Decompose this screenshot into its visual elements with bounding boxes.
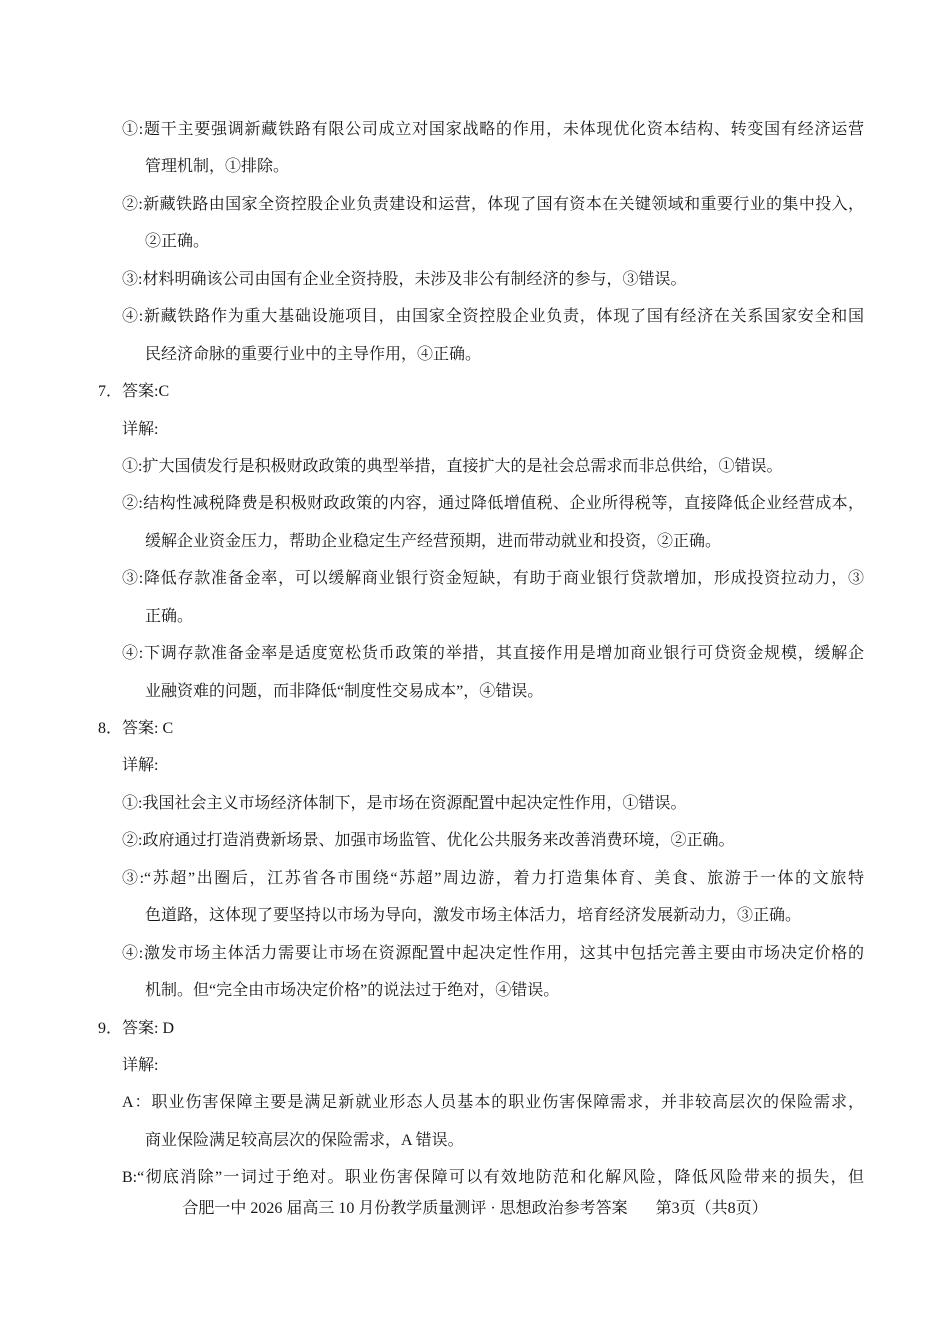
explanation-line: ④:新藏铁路作为重大基础设施项目，由国家全资控股企业负责，体现了国有经济在关系国… [0, 298, 950, 335]
detail-label-line: 详解: [0, 747, 950, 784]
explanation-line: ④:下调存款准备金率是适度宽松货币政策的举措，其直接作用是增加商业银行可贷资金规… [0, 635, 950, 672]
explanation-line: ③:“苏超”出圈后，江苏省各市围绕“苏超”周边游，着力打造集体育、美食、旅游于一… [0, 860, 950, 897]
explanation-line: 缓解企业资金压力，帮助企业稳定生产经营预期，进而带动就业和投资，②正确。 [0, 523, 950, 560]
explanation-line: ②:新藏铁路由国家全资控股企业负责建设和运营，体现了国有资本在关键领域和重要行业… [0, 186, 950, 223]
explanation-line: ③:降低存款准备金率，可以缓解商业银行资金短缺，有助于商业银行贷款增加，形成投资… [0, 560, 950, 597]
explanation-line: 民经济命脉的重要行业中的主导作用，④正确。 [0, 336, 950, 373]
explanation-line: ②:政府通过打造消费新场景、加强市场监管、优化公共服务来改善消费环境，②正确。 [0, 822, 950, 859]
explanation-line: ②正确。 [0, 223, 950, 260]
question-answer-line: 8．答案: C [0, 710, 950, 747]
explanation-line: ③:材料明确该公司由国有企业全资持股，未涉及非公有制经济的参与，③错误。 [0, 261, 950, 298]
detail-label-line: 详解: [0, 1047, 950, 1084]
explanation-line: A：职业伤害保障主要是满足新就业形态人员基本的职业伤害保障需求，并非较高层次的保… [0, 1084, 950, 1121]
detail-label-line: 详解: [0, 411, 950, 448]
explanation-line: 色道路，这体现了要坚持以市场为导向，激发市场主体活力，培育经济发展新动力，③正确… [0, 897, 950, 934]
explanation-line: 管理机制，①排除。 [0, 148, 950, 185]
explanation-line: 业融资难的问题，而非降低“制度性交易成本”，④错误。 [0, 673, 950, 710]
explanation-line: ①:我国社会主义市场经济体制下，是市场在资源配置中起决定性作用，①错误。 [0, 785, 950, 822]
document-page: ①:题干主要强调新藏铁路有限公司成立对国家战略的作用，未体现优化资本结构、转变国… [0, 0, 950, 1344]
question-answer-line: 7．答案:C [0, 373, 950, 410]
footer-title: 合肥一中 2026 届高三 10 月份教学质量测评 · 思想政治参考答案 [182, 1200, 627, 1217]
explanation-line: 商业保险满足较高层次的保险需求，A 错误。 [0, 1122, 950, 1159]
explanation-line: 机制。但“完全由市场决定价格”的说法过于绝对，④错误。 [0, 972, 950, 1009]
explanation-line: 正确。 [0, 598, 950, 635]
explanation-line: ②:结构性减税降费是积极财政政策的内容，通过降低增值税、企业所得税等，直接降低企… [0, 485, 950, 522]
explanation-line: ①:扩大国债发行是积极财政政策的典型举措，直接扩大的是社会总需求而非总供给，①错… [0, 448, 950, 485]
explanation-line: ①:题干主要强调新藏铁路有限公司成立对国家战略的作用，未体现优化资本结构、转变国… [0, 111, 950, 148]
answer-explanations: ①:题干主要强调新藏铁路有限公司成立对国家战略的作用，未体现优化资本结构、转变国… [0, 111, 950, 1197]
explanation-line: B:“彻底消除”一词过于绝对。职业伤害保障可以有效地防范和化解风险，降低风险带来… [0, 1159, 950, 1196]
footer-page-number: 第3页（共8页） [656, 1194, 768, 1224]
explanation-line: ④:激发市场主体活力需要让市场在资源配置中起决定性作用，这其中包括完善主要由市场… [0, 935, 950, 972]
page-footer: 合肥一中 2026 届高三 10 月份教学质量测评 · 思想政治参考答案第3页（… [0, 1194, 950, 1224]
question-answer-line: 9．答案: D [0, 1010, 950, 1047]
